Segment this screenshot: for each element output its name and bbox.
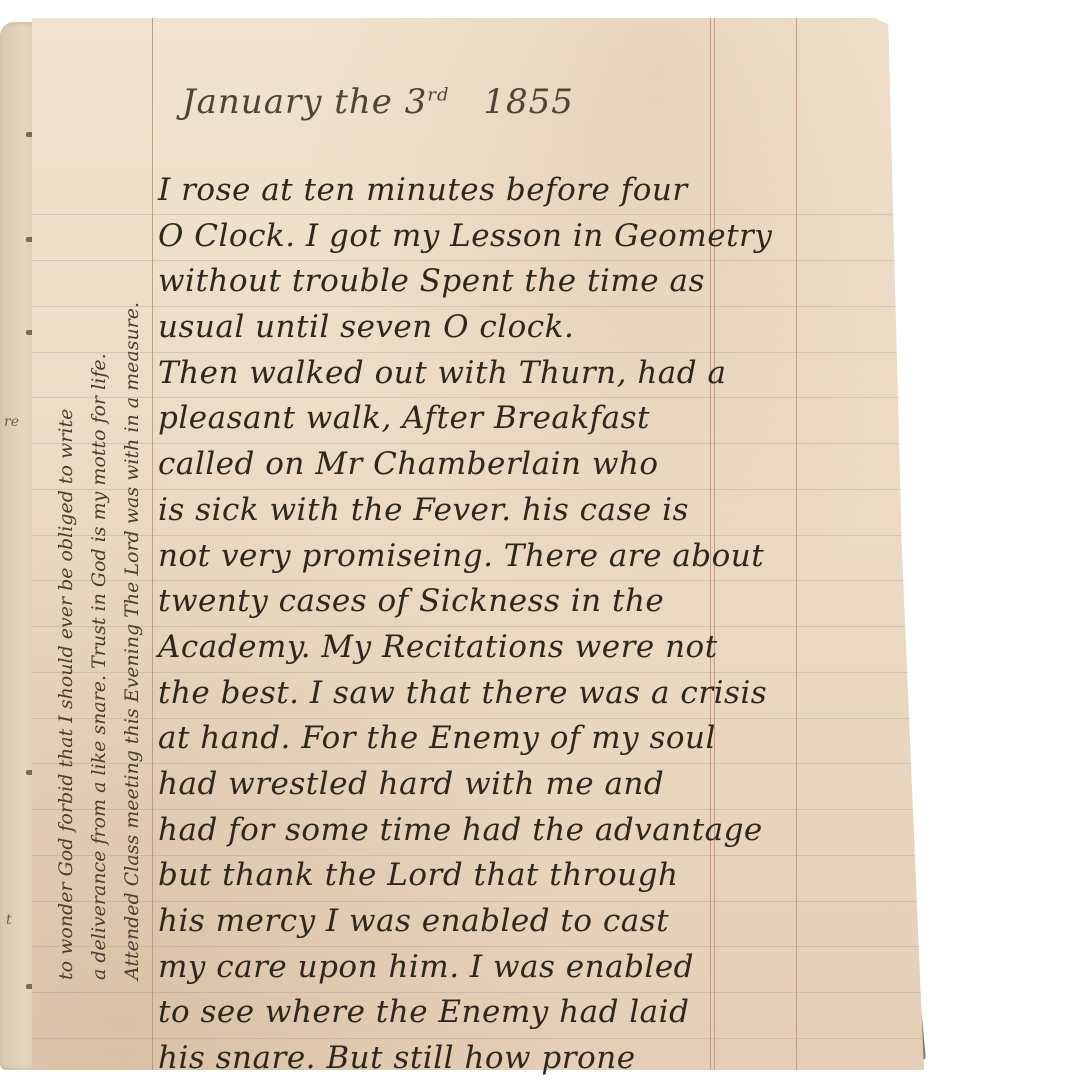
body-line: the best. I saw that there was a crisis (158, 671, 918, 717)
margin-note-line: Attended Class meeting this Evening The … (116, 40, 149, 980)
body-line: O Clock. I got my Lesson in Geometry (158, 214, 918, 260)
body-line: Then walked out with Thurn, had a (158, 351, 918, 397)
body-line: at hand. For the Enemy of my soul (158, 716, 918, 762)
date-ordinal: rd (427, 85, 449, 106)
journal-photo: re t to wonder God forbid that I should … (0, 0, 1080, 1080)
body-line: my care upon him. I was enabled (158, 945, 918, 991)
body-line: without trouble Spent the time as (158, 259, 918, 305)
body-line: not very promiseing. There are about (158, 534, 918, 580)
left-page-fragment: t (6, 912, 12, 928)
date-text: January the 3 (182, 82, 427, 122)
body-line: twenty cases of Sickness in the (158, 579, 918, 625)
left-page-fragment: re (4, 414, 19, 430)
body-line: had wrestled hard with me and (158, 762, 918, 808)
entry-body: I rose at ten minutes before four O Cloc… (158, 168, 918, 1080)
body-line: usual until seven O clock. (158, 305, 918, 351)
body-line: his mercy I was enabled to cast (158, 899, 918, 945)
body-line: called on Mr Chamberlain who (158, 442, 918, 488)
year-text: 1855 (483, 82, 574, 122)
body-line: I rose at ten minutes before four (158, 168, 918, 214)
body-line: to see where the Enemy had laid (158, 990, 918, 1036)
body-line: had for some time had the advantage (158, 808, 918, 854)
body-line: Academy. My Recitations were not (158, 625, 918, 671)
body-line: is sick with the Fever. his case is (158, 488, 918, 534)
margin-note-line: a deliverance from a like snare. Trust i… (83, 40, 116, 980)
body-line: pleasant walk, After Breakfast (158, 396, 918, 442)
left-margin-rule (152, 18, 153, 1070)
margin-note-line: to wonder God forbid that I should ever … (50, 40, 83, 980)
entry-date-heading: January the 3rd 1855 (182, 82, 574, 122)
body-line: but thank the Lord that through (158, 853, 918, 899)
body-line: his snare. But still how prone (158, 1036, 918, 1080)
margin-note: to wonder God forbid that I should ever … (50, 40, 149, 980)
